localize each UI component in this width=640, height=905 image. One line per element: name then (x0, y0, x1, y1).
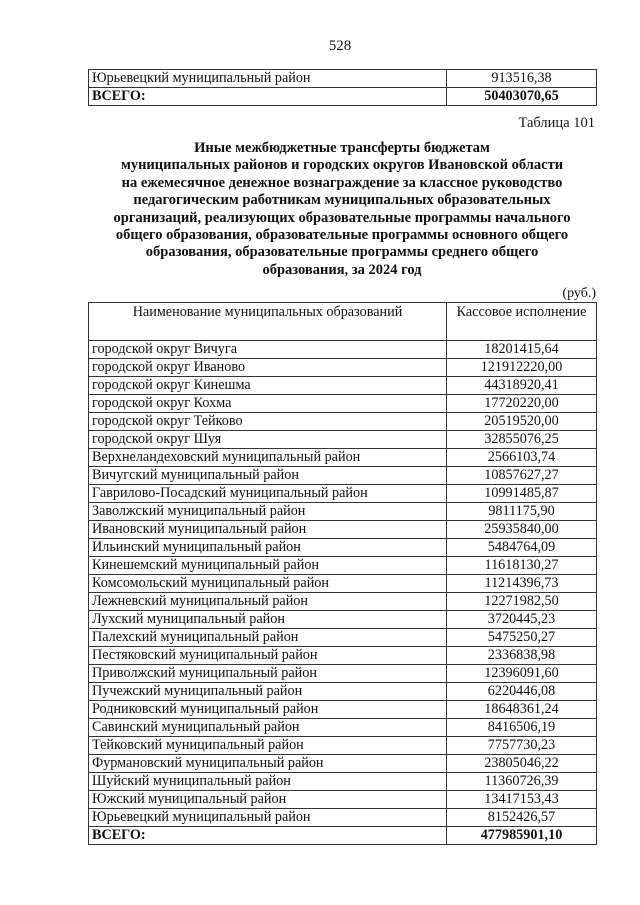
amount-value: 10857627,27 (447, 467, 597, 485)
municipality-name: Пучежский муниципальный район (89, 683, 447, 701)
table-row: Палехский муниципальный район5475250,27 (89, 629, 597, 647)
municipality-name: Юрьевецкий муниципальный район (89, 809, 447, 827)
amount-value: 12396091,60 (447, 665, 597, 683)
table-row: Ивановский муниципальный район25935840,0… (89, 521, 597, 539)
title-line: педагогическим работникам муниципальных … (88, 192, 596, 209)
amount-value: 6220446,08 (447, 683, 597, 701)
header-name: Наименование муниципальных образований (89, 303, 447, 341)
amount-value: 11360726,39 (447, 773, 597, 791)
page-number: 528 (0, 38, 640, 55)
amount-value: 11618130,27 (447, 557, 597, 575)
municipality-name: городской округ Кинешма (89, 377, 447, 395)
title-line: Иные межбюджетные трансферты бюджетам (88, 140, 596, 157)
table-row: городской округ Иваново121912220,00 (89, 359, 597, 377)
amount-value: 44318920,41 (447, 377, 597, 395)
amount-value: 17720220,00 (447, 395, 597, 413)
municipality-name: Тейковский муниципальный район (89, 737, 447, 755)
amount-value: 18648361,24 (447, 701, 597, 719)
table-label: Таблица 101 (518, 115, 595, 132)
title-line: общего образования, образовательные прог… (88, 227, 596, 244)
table-row: Комсомольский муниципальный район1121439… (89, 575, 597, 593)
table-row: Приволжский муниципальный район12396091,… (89, 665, 597, 683)
table-row: Родниковский муниципальный район18648361… (89, 701, 597, 719)
table-row: Шуйский муниципальный район11360726,39 (89, 773, 597, 791)
amount-value: 7757730,23 (447, 737, 597, 755)
title-line: образования, образовательные программы с… (88, 244, 596, 261)
municipality-name: Вичугский муниципальный район (89, 467, 447, 485)
table-row: Южский муниципальный район13417153,43 (89, 791, 597, 809)
municipality-name: Шуйский муниципальный район (89, 773, 447, 791)
total-row: ВСЕГО:477985901,10 (89, 827, 597, 845)
title-line: на ежемесячное денежное вознаграждение з… (88, 175, 596, 192)
amount-value: 9811175,90 (447, 503, 597, 521)
table-row: Ильинский муниципальный район5484764,09 (89, 539, 597, 557)
table-row: Вичугский муниципальный район10857627,27 (89, 467, 597, 485)
amount-value: 11214396,73 (447, 575, 597, 593)
municipality-name: городской округ Тейково (89, 413, 447, 431)
table-row: Юрьевецкий муниципальный район8152426,57 (89, 809, 597, 827)
table-title: Иные межбюджетные трансферты бюджетаммун… (88, 140, 596, 279)
amount-value: 10991485,87 (447, 485, 597, 503)
municipality-name: Ивановский муниципальный район (89, 521, 447, 539)
amount-value: 913516,38 (447, 70, 597, 88)
amount-value: 12271982,50 (447, 593, 597, 611)
table-row: Заволжский муниципальный район9811175,90 (89, 503, 597, 521)
continued-table: Юрьевецкий муниципальный район913516,38В… (88, 69, 597, 106)
municipality-name: Лухский муниципальный район (89, 611, 447, 629)
municipality-name: Ильинский муниципальный район (89, 539, 447, 557)
amount-value: 121912220,00 (447, 359, 597, 377)
table-row: городской округ Кинешма44318920,41 (89, 377, 597, 395)
municipality-name: Комсомольский муниципальный район (89, 575, 447, 593)
table-row: Лухский муниципальный район3720445,23 (89, 611, 597, 629)
table-row: Кинешемский муниципальный район11618130,… (89, 557, 597, 575)
municipality-name: Савинский муниципальный район (89, 719, 447, 737)
header-value: Кассовое исполнение (447, 303, 597, 341)
amount-value: 32855076,25 (447, 431, 597, 449)
transfers-table: Наименование муниципальных образований К… (88, 302, 597, 845)
municipality-name: городской округ Иваново (89, 359, 447, 377)
title-line: муниципальных районов и городских округо… (88, 157, 596, 174)
amount-value: 18201415,64 (447, 341, 597, 359)
table-row: Савинский муниципальный район8416506,19 (89, 719, 597, 737)
municipality-name: Гаврилово-Посадский муниципальный район (89, 485, 447, 503)
table-row: Юрьевецкий муниципальный район913516,38 (89, 70, 597, 88)
municipality-name: ВСЕГО: (89, 827, 447, 845)
continued-table-body: Юрьевецкий муниципальный район913516,38В… (89, 70, 597, 106)
table-row: Верхнеландеховский муниципальный район25… (89, 449, 597, 467)
amount-value: 13417153,43 (447, 791, 597, 809)
amount-value: 50403070,65 (447, 88, 597, 106)
municipality-name: Верхнеландеховский муниципальный район (89, 449, 447, 467)
table-row: Пестяковский муниципальный район2336838,… (89, 647, 597, 665)
municipality-name: Приволжский муниципальный район (89, 665, 447, 683)
table-header-row: Наименование муниципальных образований К… (89, 303, 597, 341)
amount-value: 3720445,23 (447, 611, 597, 629)
municipality-name: Лежневский муниципальный район (89, 593, 447, 611)
table-row: Фурмановский муниципальный район23805046… (89, 755, 597, 773)
municipality-name: городской округ Кохма (89, 395, 447, 413)
amount-value: 477985901,10 (447, 827, 597, 845)
amount-value: 25935840,00 (447, 521, 597, 539)
amount-value: 2566103,74 (447, 449, 597, 467)
table-row: городской округ Кохма17720220,00 (89, 395, 597, 413)
table-row: Пучежский муниципальный район6220446,08 (89, 683, 597, 701)
amount-value: 23805046,22 (447, 755, 597, 773)
municipality-name: ВСЕГО: (89, 88, 447, 106)
table-row: городской округ Шуя32855076,25 (89, 431, 597, 449)
municipality-name: Палехский муниципальный район (89, 629, 447, 647)
table-row: Гаврилово-Посадский муниципальный район1… (89, 485, 597, 503)
title-line: образования, за 2024 год (88, 262, 596, 279)
municipality-name: Фурмановский муниципальный район (89, 755, 447, 773)
table-row: городской округ Вичуга18201415,64 (89, 341, 597, 359)
municipality-name: Кинешемский муниципальный район (89, 557, 447, 575)
municipality-name: городской округ Шуя (89, 431, 447, 449)
municipality-name: городской округ Вичуга (89, 341, 447, 359)
municipality-name: Южский муниципальный район (89, 791, 447, 809)
amount-value: 5475250,27 (447, 629, 597, 647)
total-row: ВСЕГО:50403070,65 (89, 88, 597, 106)
unit-label: (руб.) (562, 286, 596, 302)
table-row: городской округ Тейково20519520,00 (89, 413, 597, 431)
amount-value: 8152426,57 (447, 809, 597, 827)
amount-value: 5484764,09 (447, 539, 597, 557)
municipality-name: Заволжский муниципальный район (89, 503, 447, 521)
municipality-name: Родниковский муниципальный район (89, 701, 447, 719)
title-line: организаций, реализующих образовательные… (88, 210, 596, 227)
table-row: Тейковский муниципальный район7757730,23 (89, 737, 597, 755)
table-row: Лежневский муниципальный район12271982,5… (89, 593, 597, 611)
amount-value: 20519520,00 (447, 413, 597, 431)
municipality-name: Юрьевецкий муниципальный район (89, 70, 447, 88)
amount-value: 8416506,19 (447, 719, 597, 737)
municipality-name: Пестяковский муниципальный район (89, 647, 447, 665)
transfers-table-body: городской округ Вичуга18201415,64городск… (89, 341, 597, 845)
amount-value: 2336838,98 (447, 647, 597, 665)
